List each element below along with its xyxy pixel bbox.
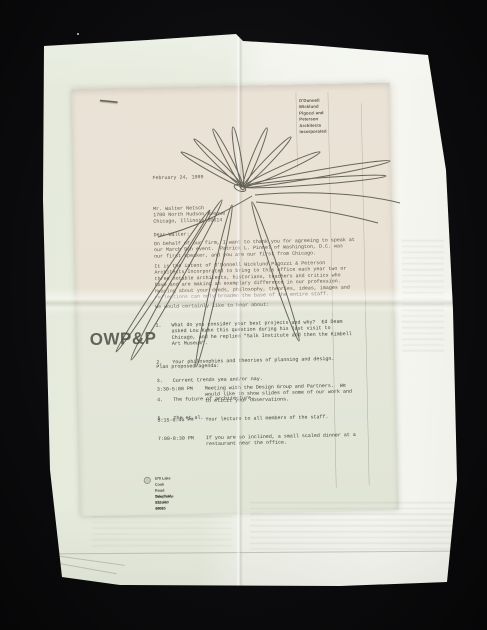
folded-paper-sheet: O'Donnell Wicklund Pigozzi and Peterson … <box>0 0 487 630</box>
agenda-row: 3:30-5:00 PM Meeting with the Design Gro… <box>157 382 392 406</box>
agenda-text: If you are so inclined, a small scaled d… <box>206 432 386 448</box>
agenda-time: 5:15-6:45 PM <box>157 417 205 424</box>
agenda-time: 3:30-5:00 PM <box>157 386 205 406</box>
list-text: What do you consider your best projects … <box>171 318 386 347</box>
agenda-text: Your lecture to all members of the staff… <box>205 413 385 423</box>
fold-crease-horizontal <box>44 288 456 314</box>
agenda-list: 3:30-5:00 PM Meeting with the Design Gro… <box>157 370 394 462</box>
circle-logo-icon <box>144 477 151 484</box>
owpp-logo-text: OWP&P <box>90 330 157 348</box>
bleedthrough-text <box>92 516 232 550</box>
agenda-intro: Plan proposed agenda: <box>156 363 219 371</box>
bleedthrough-text <box>250 502 455 552</box>
dust-speck <box>77 33 79 35</box>
list-number: 1. <box>155 323 172 348</box>
agenda-row: 5:15-6:45 PM Your lecture to all members… <box>157 413 392 424</box>
footer-phone: Telephone 312 940 9600 <box>155 493 174 511</box>
agenda-text: Meeting with the Design Group and Partne… <box>205 382 385 404</box>
agenda-time: 7:00-8:30 PM <box>158 436 206 449</box>
list-item: 1. What do you consider your best projec… <box>155 318 390 348</box>
photo-background: O'Donnell Wicklund Pigozzi and Peterson … <box>0 0 487 630</box>
agenda-row: 7:00-8:30 PM If you are so inclined, a s… <box>158 432 393 449</box>
